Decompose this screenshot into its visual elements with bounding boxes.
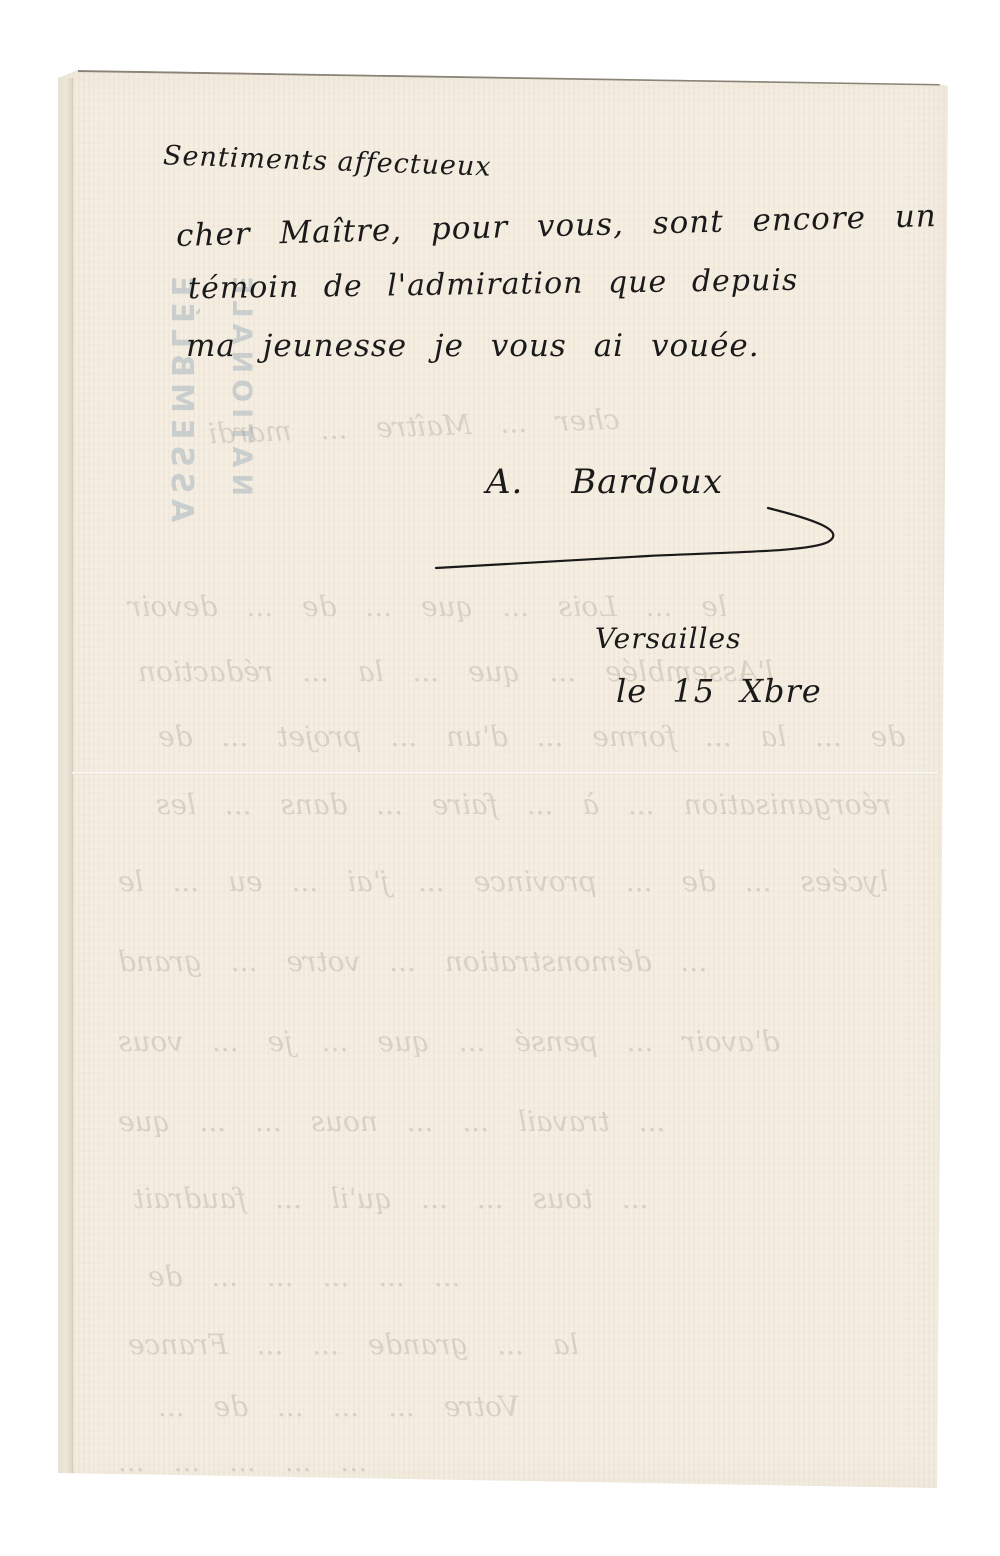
letter-paper: ASSEMBLÉE NATIONALE cher ... Maître ... … [58, 70, 948, 1488]
folded-left-edge [58, 78, 73, 1473]
letter-place: Versailles [595, 622, 741, 655]
bleed-through-line: ... travail ... ... nous ... ... que [118, 1105, 665, 1138]
fold-crease [72, 772, 938, 775]
bleed-through-line: réorganisation ... à ... faire ... dans … [156, 788, 892, 821]
signature-initial: A. [486, 462, 523, 502]
letter-date: le 15 Xbre [616, 672, 822, 710]
letter-line-4: ma jeunesse je vous ai vouée. [186, 328, 760, 364]
bleed-through-line: ... tous ... ... qu'il ... faudrait [133, 1182, 649, 1215]
bleed-through-line: d'avoir ... pensé ... que ... je ... vou… [118, 1025, 780, 1058]
bleed-through-line: lycées ... de ... province ... j'ai ... … [118, 865, 888, 898]
bleed-through-line: le ... Lois ... que ... de ... devoir [128, 590, 727, 623]
signature-surname: Bardoux [571, 462, 723, 502]
bleed-through-line: la ... grande ... ... France [128, 1328, 579, 1361]
bleed-through-line: Votre ... ... ... de ... [158, 1390, 520, 1423]
signature-flourish-underline [428, 500, 848, 580]
letterhead-bleed-assemblee: ASSEMBLÉE [164, 270, 199, 522]
bleed-through-line: de ... la ... forme ... d'un ... projet … [158, 720, 905, 753]
bleed-through-line: ... démonstration ... votre ... grand [118, 945, 707, 978]
signature: A. Bardoux [486, 462, 723, 502]
bleed-through-line: ... ... ... ... ... de [148, 1260, 461, 1293]
bleed-through-line: ... ... ... ... ... [118, 1445, 367, 1478]
